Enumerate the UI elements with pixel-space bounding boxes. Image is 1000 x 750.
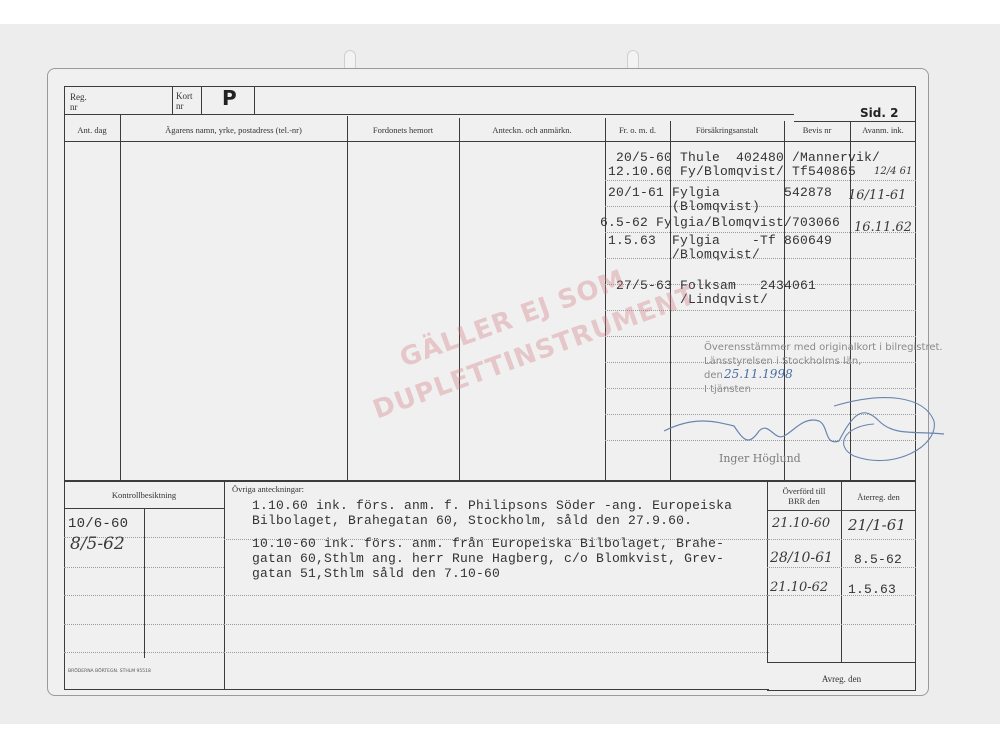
certify-date: 25.11.1998 [724, 367, 793, 381]
overford-entry: 21.10-60 [772, 516, 830, 531]
certify-stamp-line2: Länsstyrelsen i Stockholms län, [704, 356, 861, 367]
ovriga-line: gatan 60,Sthlm ang. herr Rune Hagberg, c… [252, 551, 724, 566]
kontroll-entry: 8/5-62 [70, 534, 125, 554]
col-header-ant-dag: Ant. dag [64, 125, 120, 135]
certify-stamp-prefix: den [704, 370, 723, 381]
insurance-entry: 6.5-62 Fylgia/Blomqvist/703066 [600, 215, 840, 230]
ovriga-header: Övriga anteckningar: [232, 484, 304, 494]
kontroll-entry: 10/6-60 [68, 516, 128, 532]
atereg-entry: 8.5-62 [854, 552, 902, 567]
avanm-date: 16.11.62 [854, 220, 912, 235]
col-header-hemort: Fordonets hemort [347, 125, 459, 135]
registration-form: Reg. nr Kort nr P Sid. 2 Ant. dag Ägaren… [64, 86, 916, 690]
insurance-entry: 1.5.63 Fylgia -Tf 860649 [608, 233, 832, 248]
col-header-from-date: Fr. o. m. d. [605, 125, 670, 135]
reg-nr-label: Reg. [70, 92, 87, 102]
avreg-label: Avreg. den [767, 674, 916, 684]
insurance-entry: 20/5-60 Thule 402480 /Mannervik/ [616, 150, 880, 165]
insurance-entry: (Blomqvist) [608, 199, 760, 214]
atereg-header: Återreg. den [841, 492, 916, 502]
ovriga-line: gatan 51,Sthlm såld den 7.10-60 [252, 566, 500, 581]
overford-entry: 28/10-61 [770, 550, 833, 566]
kort-nr-value[interactable]: P [222, 86, 237, 110]
printer-mark: BRÖDERNA BÖRTEGN. STHLM 95518 [68, 669, 151, 674]
col-header-agarens: Ägarens namn, yrke, postadress (tel.-nr) [120, 125, 347, 135]
atereg-entry: 21/1-61 [848, 516, 906, 534]
signer-name: Inger Höglund [719, 452, 801, 465]
insurance-entry: 12.10.60 Fy/Blomqvist/ Tf540865 [608, 164, 856, 179]
certify-stamp-line1: Överensstämmer med originalkort i bilreg… [704, 342, 943, 353]
kontroll-header: Kontrollbesiktning [64, 490, 224, 500]
ovriga-line: 1.10.60 ink. förs. anm. f. Philipsons Sö… [252, 498, 732, 513]
overford-header-2: BRR den [767, 496, 841, 506]
insurance-entry: 20/1-61 Fylgia 542878 [608, 185, 832, 200]
kort-nr-label: Kort [176, 91, 193, 101]
col-header-avanm: Avanm. ink. [850, 125, 916, 135]
kort-nr-label-2: nr [176, 101, 184, 111]
col-header-anteckn: Anteckn. och anmärkn. [459, 125, 605, 135]
page-number: Sid. 2 [860, 106, 898, 120]
avanm-date: 16/11-61 [848, 188, 906, 203]
reg-nr-label-2: nr [70, 102, 78, 112]
overford-entry: 21.10-62 [770, 580, 828, 595]
insurance-entry: 27/5-63 Folksam 2434061 [608, 278, 816, 293]
col-header-bevis: Bevis nr [784, 125, 850, 135]
ovriga-line: Bilbolaget, Brahegatan 60, Stockholm, så… [252, 513, 692, 528]
avanm-date: 12/4 61 [874, 166, 912, 177]
insurance-entry: /Blomqvist/ [608, 247, 760, 262]
overford-header: Överförd till [767, 486, 841, 496]
signature-icon [654, 386, 954, 476]
ovriga-line: 10.10-60 ink. förs. anm. från Europeiska… [252, 536, 724, 551]
atereg-entry: 1.5.63 [848, 582, 896, 597]
col-header-forsakring: Försäkringsanstalt [670, 125, 784, 135]
